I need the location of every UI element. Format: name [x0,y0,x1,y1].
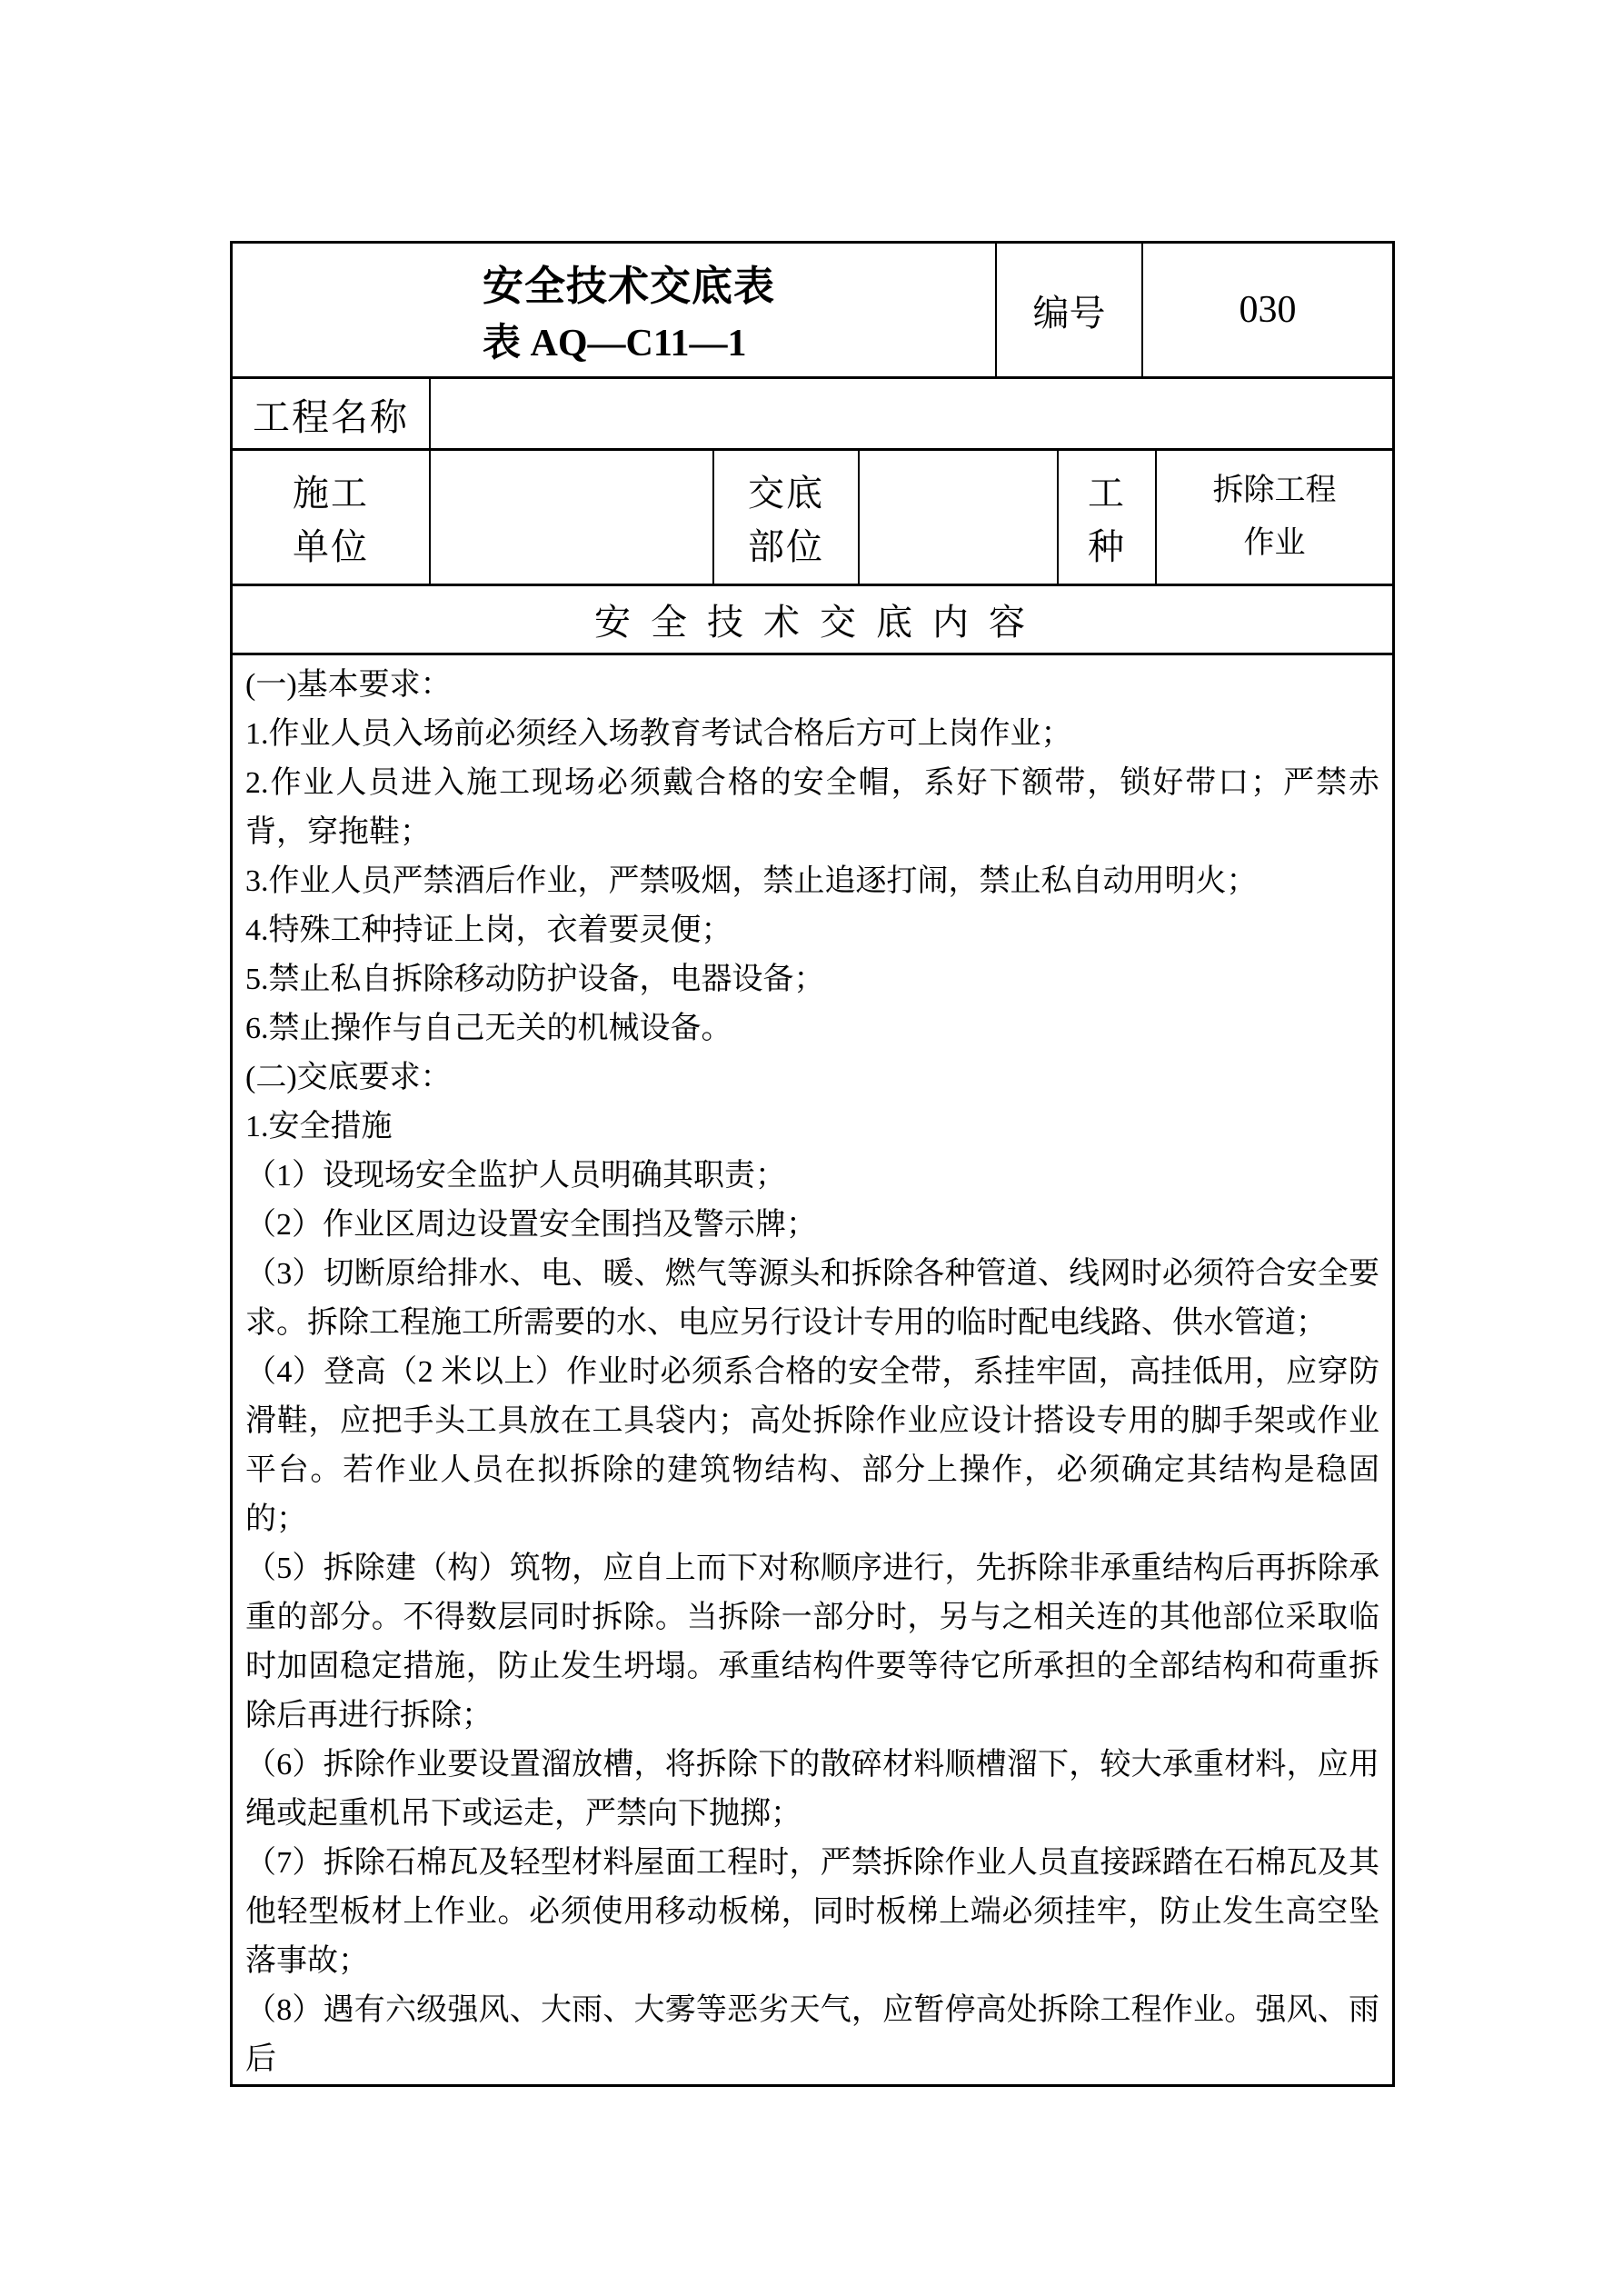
construction-unit-label-cell: 施工 单位 [233,451,431,584]
disclosure-part-label-cell: 交底 部位 [714,451,860,584]
content-header-cell: 安 全 技 术 交 底 内 容 [233,586,1392,653]
content-paragraph: （8）遇有六级强风、大雨、大雾等恶劣天气，应暂停高处拆除工程作业。强风、雨后 [245,1986,1379,2084]
construction-unit-value-cell [431,451,714,584]
content-paragraph: （7）拆除石棉瓦及轻型材料屋面工程时，严禁拆除作业人员直接踩踏在石棉瓦及其他轻型… [245,1839,1379,1986]
content-body-cell: (一)基本要求：1.作业人员入场前必须经入场教育考试合格后方可上岗作业；2.作业… [233,655,1392,2084]
content-header-title: 安 全 技 术 交 底 内 容 [594,594,1031,645]
work-type-value-line2: 作业 [1244,517,1306,570]
form-title: 安全技术交底表 [483,253,775,312]
content-paragraph: （4）登高（2 米以上）作业时必须系合格的安全带，系挂牢固，高挂低用，应穿防滑鞋… [245,1348,1379,1544]
work-type-label-line2: 种 [1088,518,1126,570]
content-body-row: (一)基本要求：1.作业人员入场前必须经入场教育考试合格后方可上岗作业；2.作业… [233,655,1392,2084]
content-paragraph: 2.作业人员进入施工现场必须戴合格的安全帽，系好下额带，锁好带口；严禁赤背，穿拖… [245,759,1379,857]
number-value: 030 [1240,288,1297,332]
number-label-cell: 编号 [997,244,1143,376]
content-paragraph: (二)交底要求： [245,1053,1379,1103]
content-paragraph: （2）作业区周边设置安全围挡及警示牌； [245,1201,1379,1250]
content-paragraph: （1）设现场安全监护人员明确其职责； [245,1152,1379,1201]
project-name-value-cell [431,379,1392,447]
content-paragraph: （5）拆除建（构）筑物，应自上而下对称顺序进行，先拆除非承重结构后再拆除承重的部… [245,1544,1379,1741]
content-paragraph: 3.作业人员严禁酒后作业，严禁吸烟，禁止追逐打闹，禁止私自动用明火； [245,857,1379,906]
project-name-label-cell: 工程名称 [233,379,431,447]
document-page: { "header": { "title_line1": "安全技术交底表", … [0,0,1623,2296]
content-paragraph: 1.作业人员入场前必须经入场教育考试合格后方可上岗作业； [245,710,1379,759]
work-type-value-cell: 拆除工程 作业 [1157,451,1392,584]
work-type-value-line1: 拆除工程 [1213,464,1337,517]
content-paragraph: 1.安全措施 [245,1103,1379,1152]
safety-disclosure-form-table: 安全技术交底表 表 AQ—C11—1 编号 030 工程名称 施工 单位 交底 … [230,241,1395,2087]
content-paragraph: （6）拆除作业要设置溜放槽，将拆除下的散碎材料顺槽溜下，较大承重材料，应用绳或起… [245,1741,1379,1839]
form-code: 表 AQ—C11—1 [483,313,747,367]
construction-unit-label-line2: 单位 [293,518,369,570]
number-label: 编号 [1033,285,1106,336]
disclosure-part-label-line2: 部位 [748,518,824,570]
project-name-row: 工程名称 [233,379,1392,450]
construction-unit-label-line1: 施工 [293,464,369,516]
content-header-row: 安 全 技 术 交 底 内 容 [233,586,1392,655]
content-paragraph: 6.禁止操作与自己无关的机械设备。 [245,1004,1379,1053]
work-type-label-line1: 工 [1088,464,1126,516]
disclosure-part-value-cell [860,451,1059,584]
content-paragraph: (一)基本要求： [245,661,1379,710]
number-value-cell: 030 [1143,244,1392,376]
content-paragraph: 4.特殊工种持证上岗，衣着要灵便； [245,906,1379,955]
work-type-label-cell: 工 种 [1059,451,1157,584]
unit-row: 施工 单位 交底 部位 工 种 拆除工程 作业 [233,451,1392,586]
content-paragraph: 5.禁止私自拆除移动防护设备，电器设备； [245,955,1379,1004]
header-row: 安全技术交底表 表 AQ—C11—1 编号 030 [233,244,1392,379]
disclosure-part-label-line1: 交底 [748,464,824,516]
form-title-cell: 安全技术交底表 表 AQ—C11—1 [233,244,997,376]
project-name-label: 工程名称 [253,387,409,441]
content-paragraph: （3）切断原给排水、电、暖、燃气等源头和拆除各种管道、线网时必须符合安全要求。拆… [245,1250,1379,1348]
